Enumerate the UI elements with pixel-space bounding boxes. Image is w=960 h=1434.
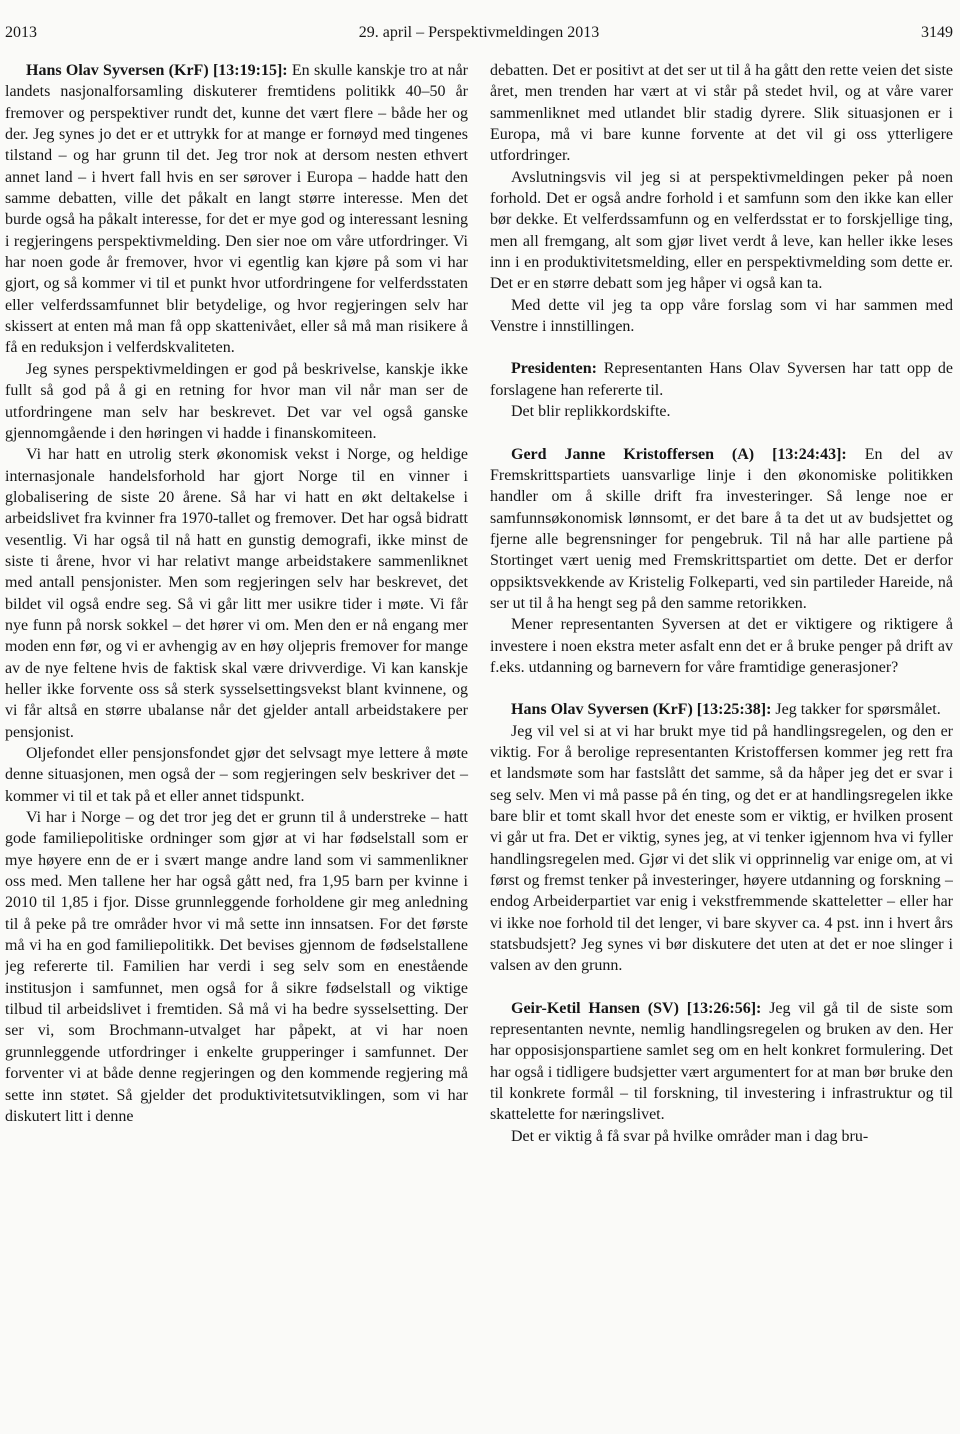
- paragraph: Oljefondet eller pensjonsfondet gjør det…: [5, 743, 468, 807]
- paragraph: Jeg vil vel si at vi har brukt mye tid p…: [490, 721, 953, 977]
- speaker-name: Presidenten:: [511, 360, 597, 377]
- document-page: 2013 29. april – Perspektivmeldingen 201…: [0, 0, 960, 1434]
- left-column: Hans Olav Syversen (KrF) [13:19:15]: En …: [5, 60, 468, 1432]
- paragraph: Mener representanten Syversen at det er …: [490, 614, 953, 678]
- paragraph: Det er viktig å få svar på hvilke område…: [490, 1126, 953, 1147]
- paragraph: Vi har hatt en utrolig sterk økonomisk v…: [5, 444, 468, 743]
- speaker-name: Gerd Janne Kristoffersen (A) [13:24:43]:: [511, 446, 847, 463]
- paragraph: Avslutningsvis vil jeg si at perspektivm…: [490, 167, 953, 295]
- header-year: 2013: [5, 24, 125, 42]
- header-page-number: 3149: [833, 24, 953, 42]
- paragraph: debatten. Det er positivt at det ser ut …: [490, 60, 953, 167]
- paragraph: Vi har i Norge – og det tror jeg det er …: [5, 807, 468, 1127]
- paragraph: Hans Olav Syversen (KrF) [13:19:15]: En …: [5, 60, 468, 359]
- speaker-name: Geir-Ketil Hansen (SV) [13:26:56]:: [511, 1000, 761, 1017]
- speaker-name: Hans Olav Syversen (KrF) [13:25:38]:: [511, 701, 771, 718]
- paragraph: Gerd Janne Kristoffersen (A) [13:24:43]:…: [490, 444, 953, 615]
- page-header: 2013 29. april – Perspektivmeldingen 201…: [5, 24, 953, 42]
- paragraph: Det blir replikkordskifte.: [490, 401, 953, 422]
- paragraph: Med dette vil jeg ta opp våre forslag so…: [490, 295, 953, 338]
- paragraph: Jeg synes perspektivmeldingen er god på …: [5, 359, 468, 444]
- speaker-name: Hans Olav Syversen (KrF) [13:19:15]:: [26, 62, 288, 79]
- paragraph: Geir-Ketil Hansen (SV) [13:26:56]: Jeg v…: [490, 998, 953, 1126]
- right-column: debatten. Det er positivt at det ser ut …: [490, 60, 953, 1432]
- paragraph: Presidenten: Representanten Hans Olav Sy…: [490, 358, 953, 401]
- header-title: 29. april – Perspektivmeldingen 2013: [125, 24, 833, 42]
- paragraph: Hans Olav Syversen (KrF) [13:25:38]: Jeg…: [490, 699, 953, 720]
- text-columns: Hans Olav Syversen (KrF) [13:19:15]: En …: [5, 60, 953, 1432]
